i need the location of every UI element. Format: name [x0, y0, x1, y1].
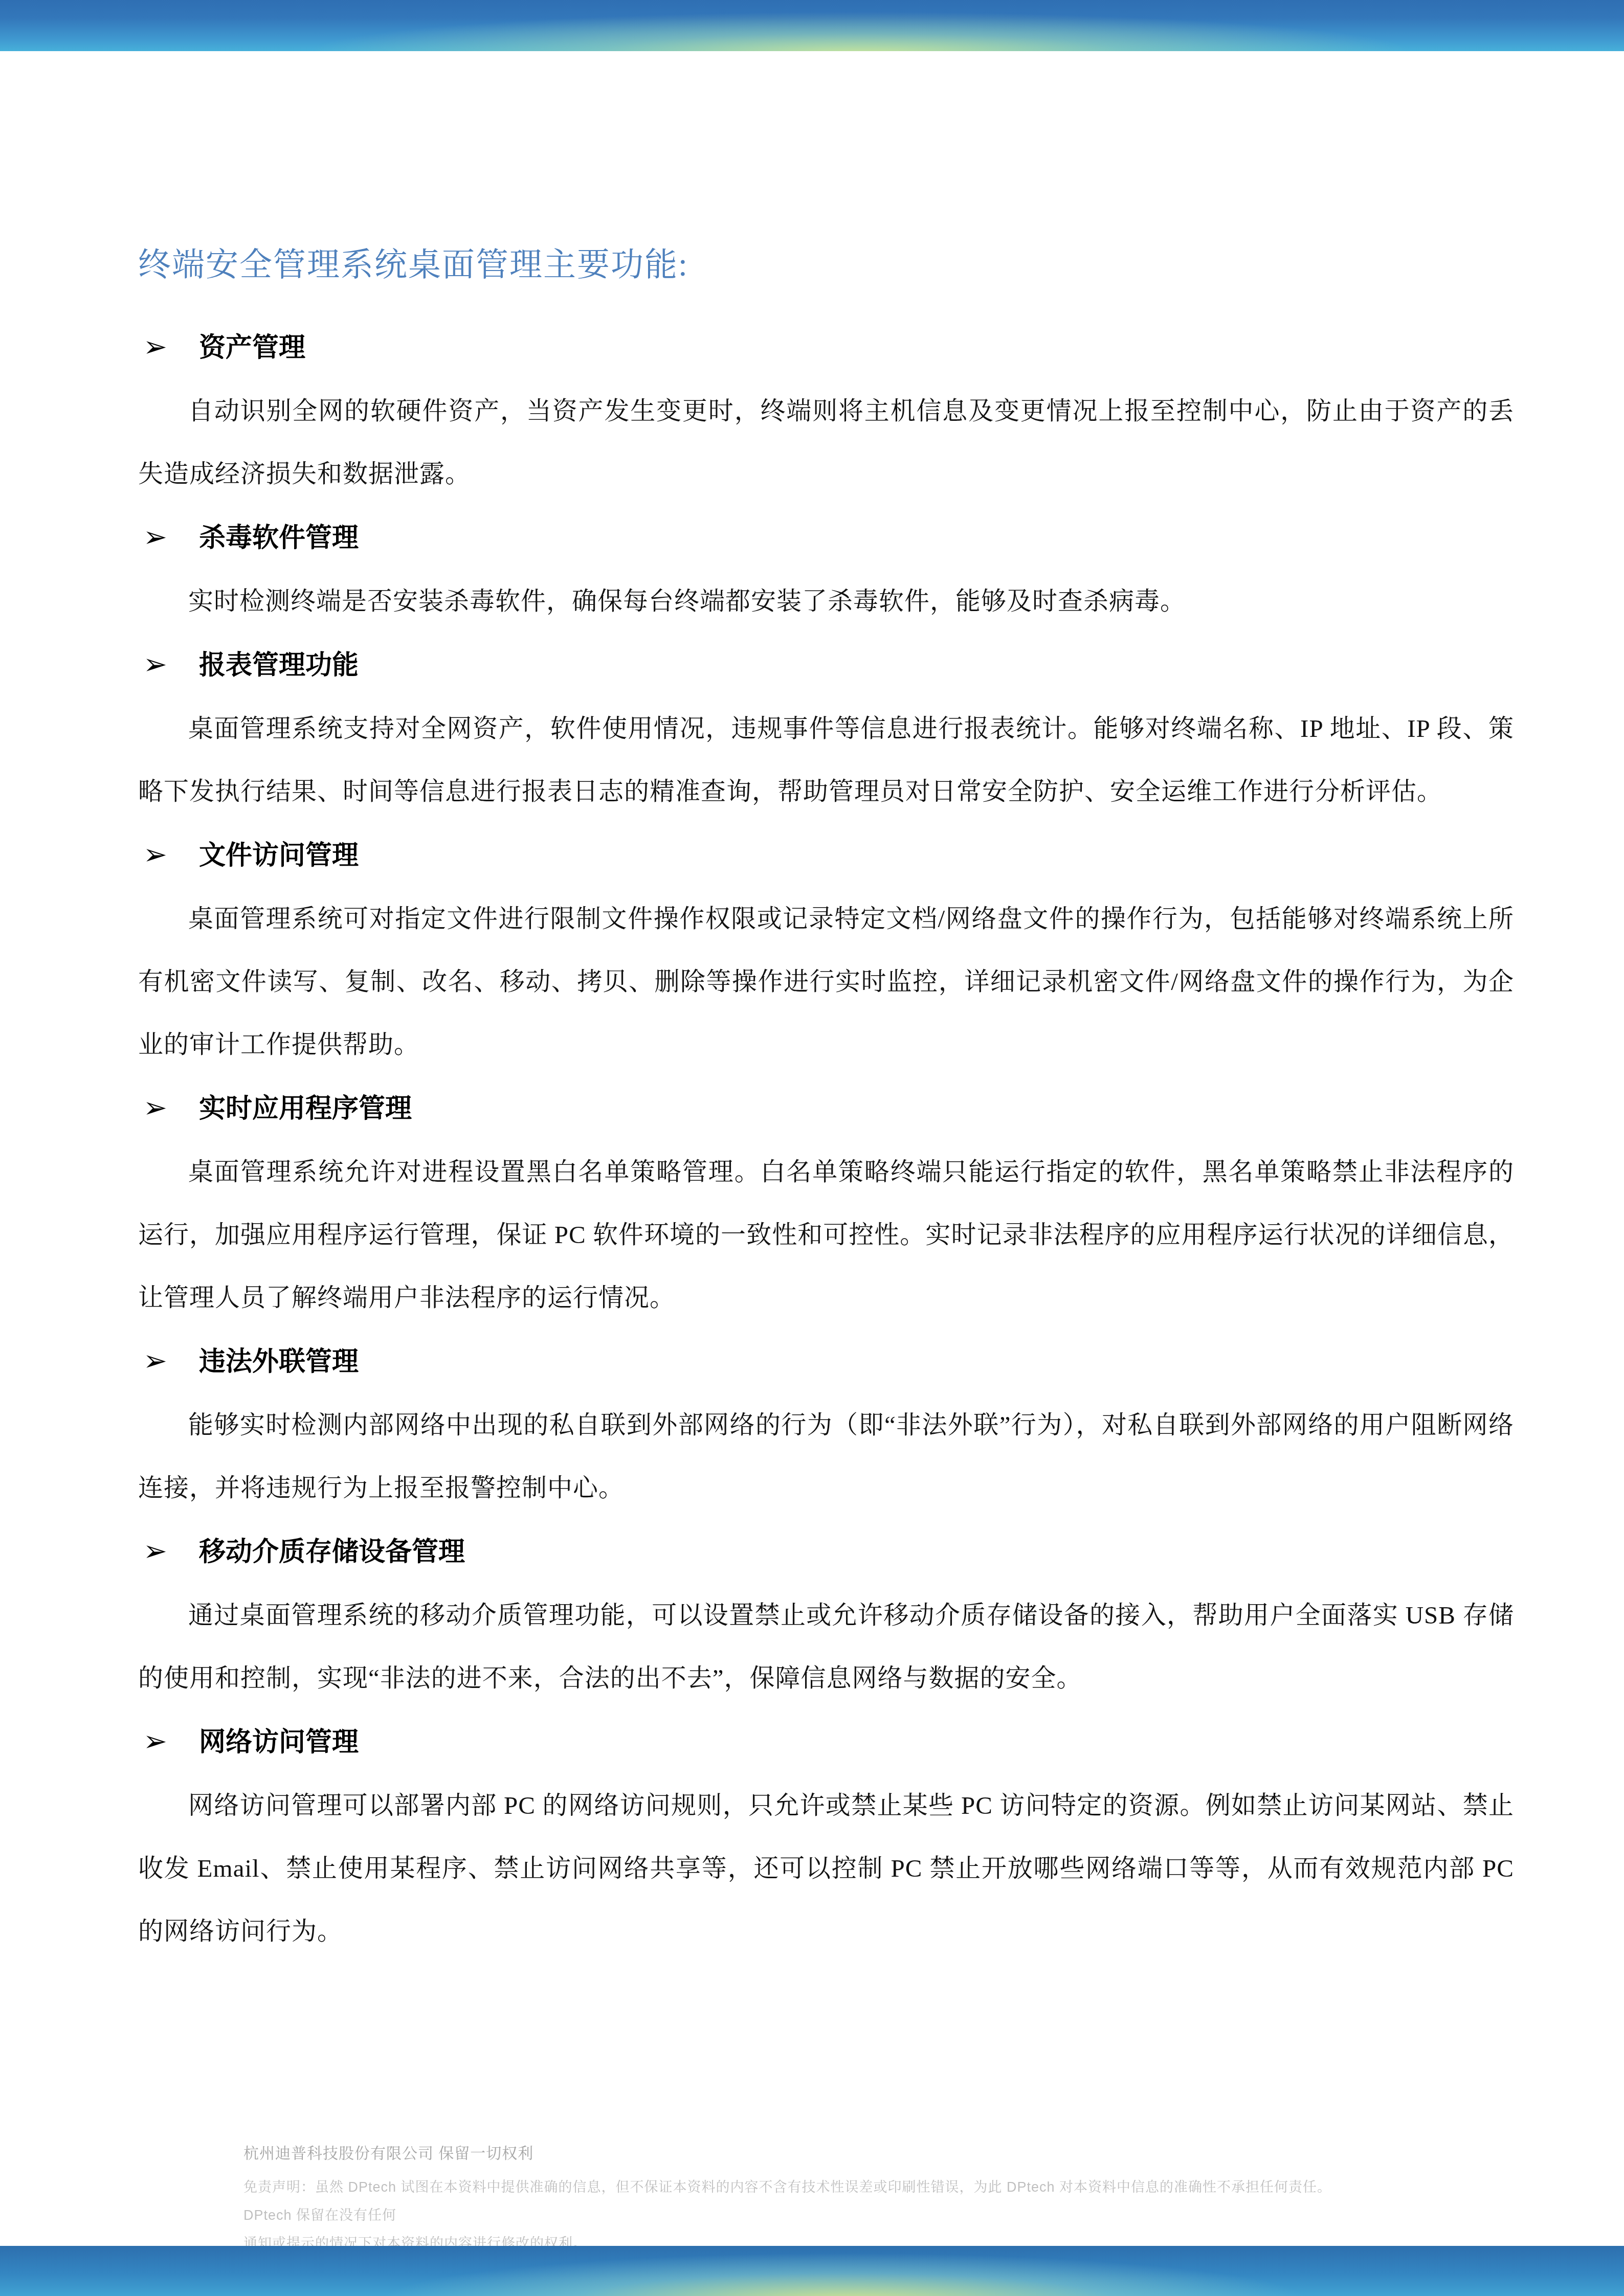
bottom-gradient-bar	[0, 2246, 1624, 2296]
top-gradient-bar	[0, 0, 1624, 51]
section-paragraph: 桌面管理系统支持对全网资产，软件使用情况，违规事件等信息进行报表统计。能够对终端…	[138, 697, 1514, 823]
arrow-bullet-icon: ➢	[143, 315, 167, 378]
section-realtime-app-management: ➢ 实时应用程序管理 桌面管理系统允许对进程设置黑白名单策略管理。白名单策略终端…	[138, 1076, 1514, 1329]
arrow-bullet-icon: ➢	[143, 823, 167, 886]
section-network-access-management: ➢ 网络访问管理 网络访问管理可以部署内部 PC 的网络访问规则，只允许或禁止某…	[138, 1709, 1514, 1963]
document-page: { "page": { "title": "终端安全管理系统桌面管理主要功能:"…	[0, 0, 1624, 2296]
section-heading-label: 文件访问管理	[199, 824, 359, 887]
page-title: 终端安全管理系统桌面管理主要功能:	[138, 233, 1514, 296]
section-heading-label: 违法外联管理	[199, 1331, 359, 1393]
section-paragraph: 桌面管理系统可对指定文件进行限制文件操作权限或记录特定文档/网络盘文件的操作行为…	[138, 887, 1514, 1076]
section-heading-label: 资产管理	[199, 317, 305, 379]
section-heading: ➢ 资产管理	[138, 315, 1514, 379]
section-heading: ➢ 移动介质存储设备管理	[138, 1519, 1514, 1584]
section-heading: ➢ 文件访问管理	[138, 823, 1514, 887]
section-report-management: ➢ 报表管理功能 桌面管理系统支持对全网资产，软件使用情况，违规事件等信息进行报…	[138, 633, 1514, 823]
section-heading-label: 移动介质存储设备管理	[199, 1521, 465, 1584]
section-asset-management: ➢ 资产管理 自动识别全网的软硬件资产，当资产发生变更时，终端则将主机信息及变更…	[138, 315, 1514, 505]
section-heading-label: 报表管理功能	[199, 634, 359, 697]
arrow-bullet-icon: ➢	[143, 1519, 167, 1582]
section-heading-label: 网络访问管理	[199, 1711, 359, 1774]
section-heading: ➢ 违法外联管理	[138, 1329, 1514, 1393]
section-heading: ➢ 网络访问管理	[138, 1709, 1514, 1774]
page-footer: 杭州迪普科技股份有限公司 保留一切权利 免责声明：虽然 DPtech 试图在本资…	[243, 2141, 1378, 2258]
section-paragraph: 能够实时检测内部网络中出现的私自联到外部网络的行为（即“非法外联”行为），对私自…	[138, 1393, 1514, 1519]
arrow-bullet-icon: ➢	[143, 1329, 167, 1392]
arrow-bullet-icon: ➢	[143, 1076, 167, 1139]
copyright-line: 杭州迪普科技股份有限公司 保留一切权利	[243, 2141, 1378, 2163]
section-heading-label: 实时应用程序管理	[199, 1077, 412, 1140]
section-removable-media-management: ➢ 移动介质存储设备管理 通过桌面管理系统的移动介质管理功能，可以设置禁止或允许…	[138, 1519, 1514, 1709]
section-heading: ➢ 杀毒软件管理	[138, 505, 1514, 570]
arrow-bullet-icon: ➢	[143, 505, 167, 568]
section-paragraph: 桌面管理系统允许对进程设置黑白名单策略管理。白名单策略终端只能运行指定的软件，黑…	[138, 1140, 1514, 1329]
section-paragraph: 通过桌面管理系统的移动介质管理功能，可以设置禁止或允许移动介质存储设备的接入，帮…	[138, 1584, 1514, 1709]
section-paragraph: 实时检测终端是否安装杀毒软件，确保每台终端都安装了杀毒软件，能够及时查杀病毒。	[138, 570, 1514, 633]
document-content: 终端安全管理系统桌面管理主要功能: ➢ 资产管理 自动识别全网的软硬件资产，当资…	[138, 51, 1514, 1963]
section-illegal-outreach-management: ➢ 违法外联管理 能够实时检测内部网络中出现的私自联到外部网络的行为（即“非法外…	[138, 1329, 1514, 1519]
section-heading-label: 杀毒软件管理	[199, 507, 359, 570]
section-heading: ➢ 实时应用程序管理	[138, 1076, 1514, 1140]
arrow-bullet-icon: ➢	[143, 633, 167, 695]
section-paragraph: 自动识别全网的软硬件资产，当资产发生变更时，终端则将主机信息及变更情况上报至控制…	[138, 379, 1514, 505]
arrow-bullet-icon: ➢	[143, 1709, 167, 1772]
section-antivirus-management: ➢ 杀毒软件管理 实时检测终端是否安装杀毒软件，确保每台终端都安装了杀毒软件，能…	[138, 505, 1514, 633]
section-heading: ➢ 报表管理功能	[138, 633, 1514, 697]
section-file-access-management: ➢ 文件访问管理 桌面管理系统可对指定文件进行限制文件操作权限或记录特定文档/网…	[138, 823, 1514, 1076]
section-paragraph: 网络访问管理可以部署内部 PC 的网络访问规则，只允许或禁止某些 PC 访问特定…	[138, 1774, 1514, 1963]
disclaimer-line-1: 免责声明：虽然 DPtech 试图在本资料中提供准确的信息，但不保证本资料的内容…	[243, 2173, 1378, 2230]
